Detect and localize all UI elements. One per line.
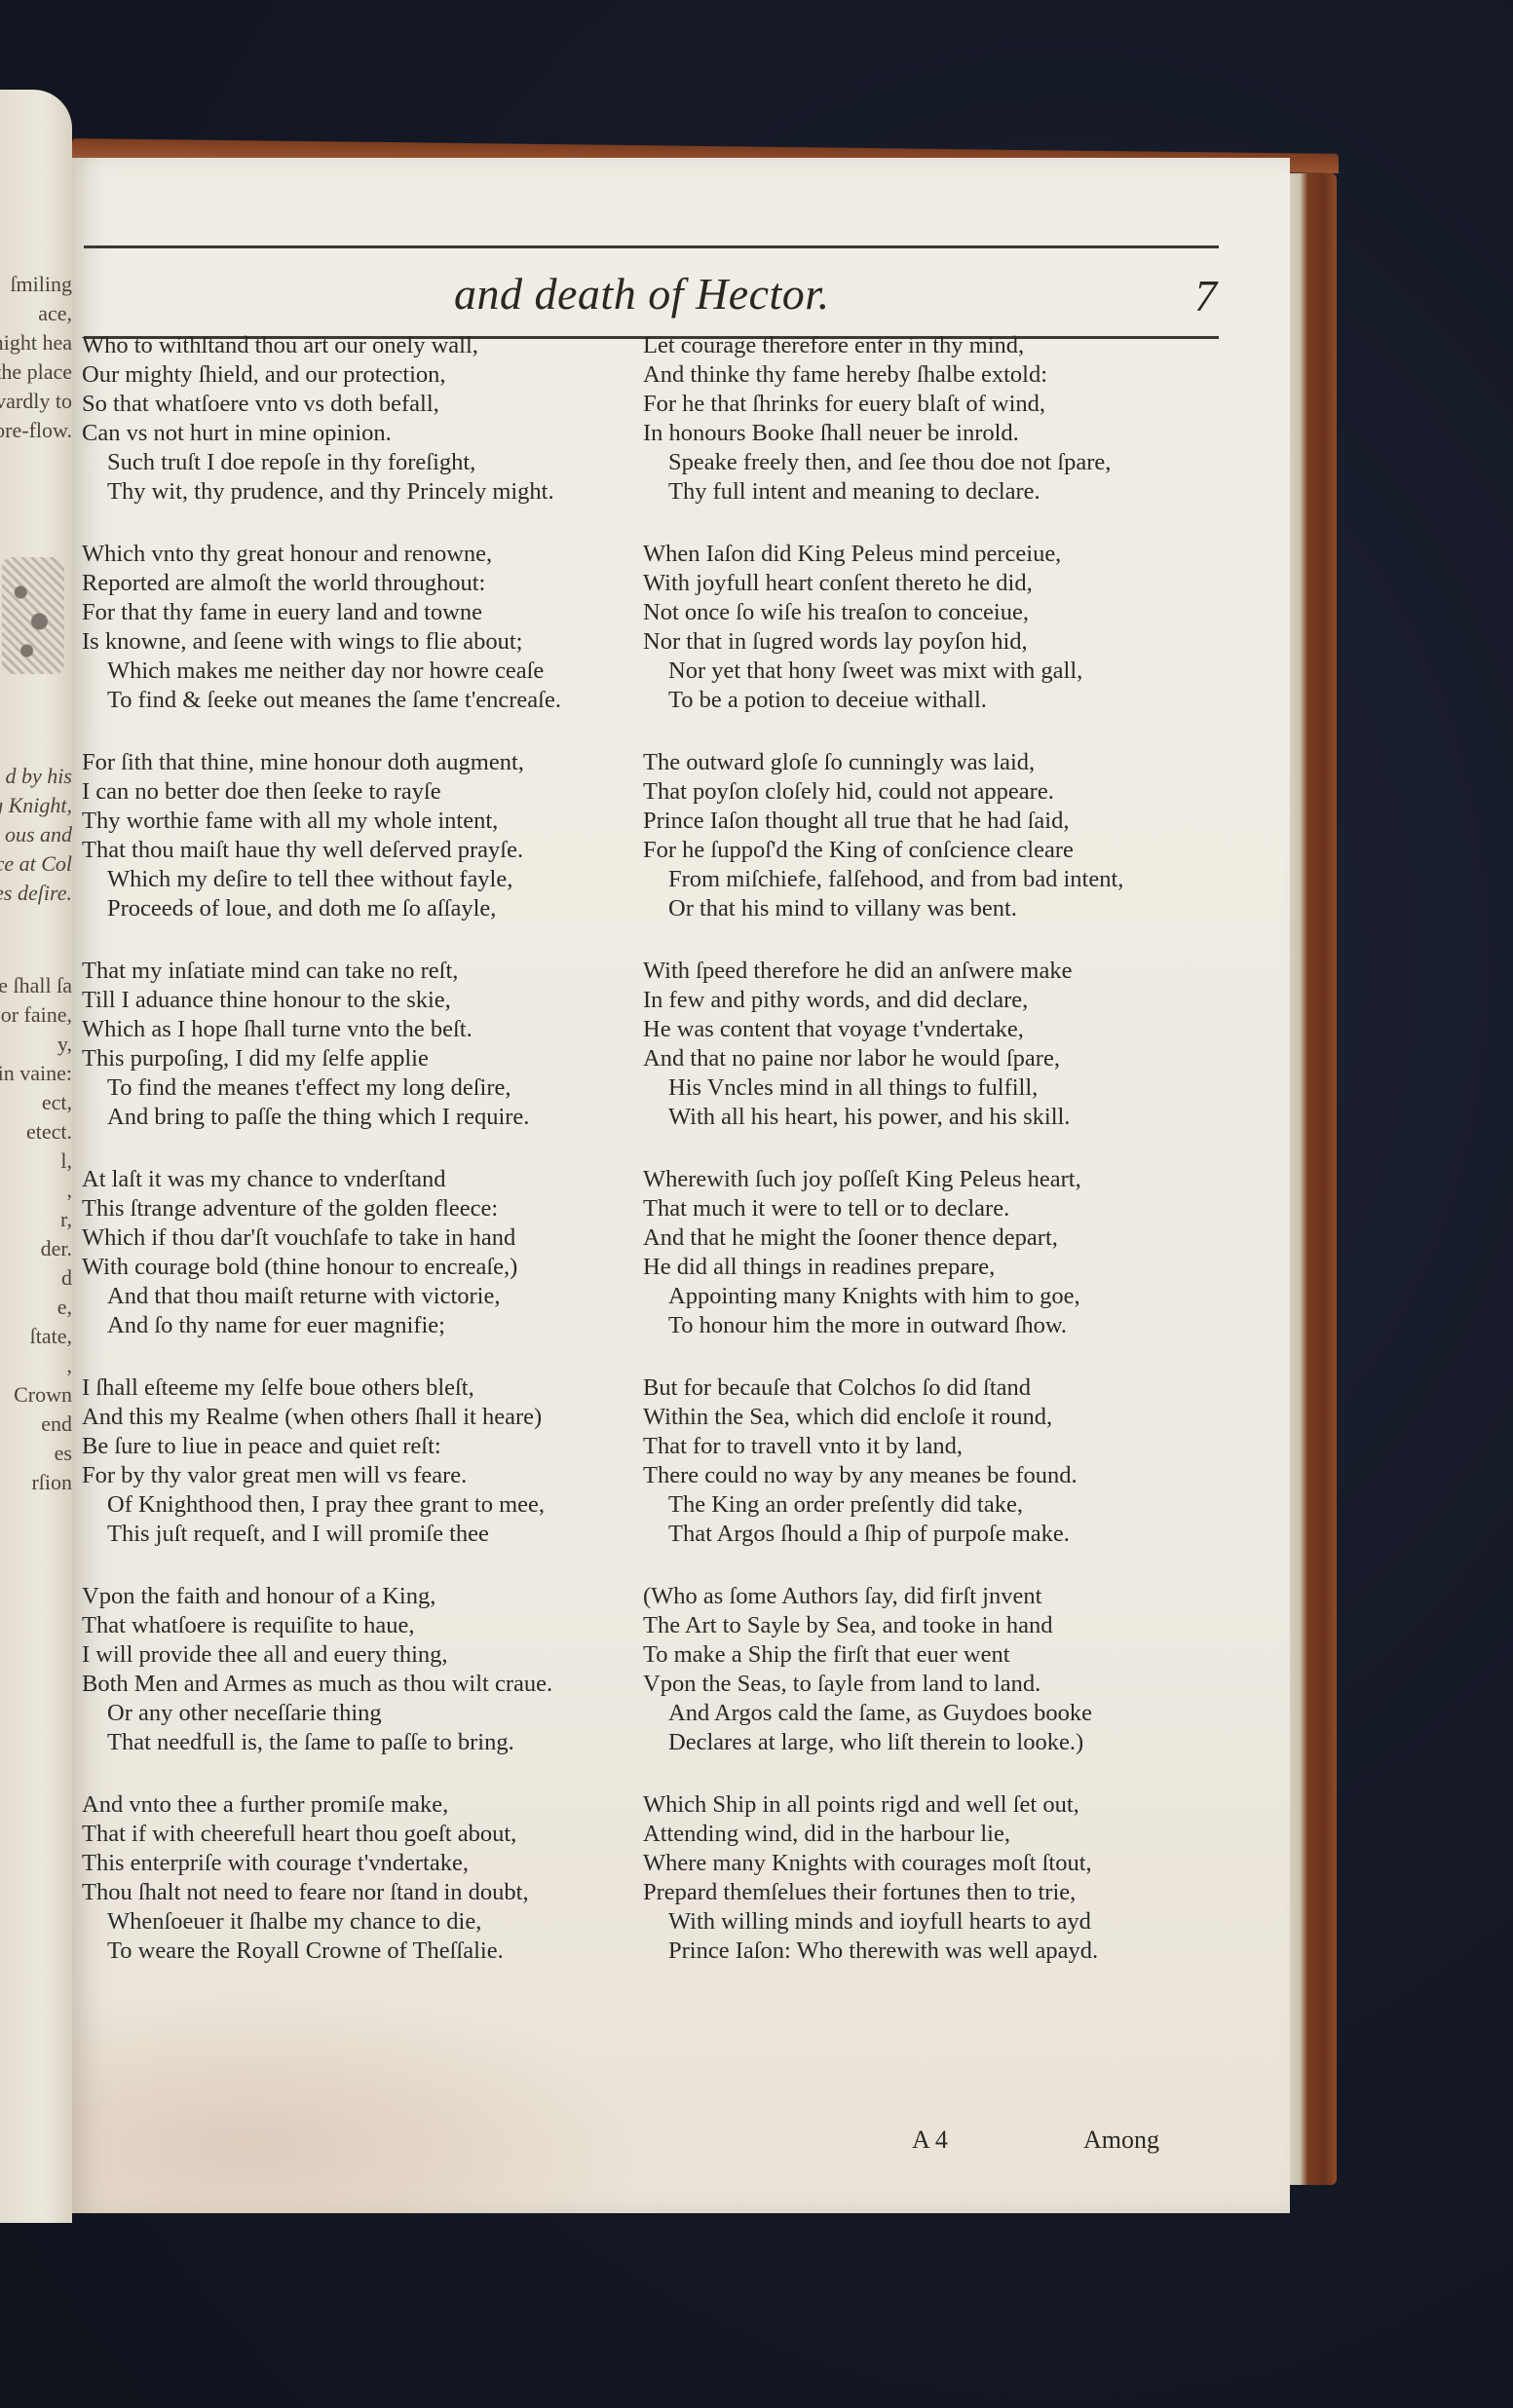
verse-line: Prince Iaſon: Who therewith was well apa…	[643, 1937, 1267, 1966]
verse-line: Who to withſtand thou art our onely wall…	[82, 331, 647, 360]
previous-page-fragment: ,	[0, 1176, 72, 1205]
book-page: and death of Hector. 7 Who to withſtand …	[72, 158, 1290, 2213]
previous-page-fragment: vardly to	[0, 387, 72, 416]
verse-line: At laſt it was my chance to vnderſtand	[82, 1165, 647, 1194]
stanza-gap	[82, 1340, 647, 1373]
verse-line: From miſchiefe, falſehood, and from bad …	[643, 865, 1267, 894]
verse-line: Which makes me neither day nor howre cea…	[82, 657, 647, 686]
previous-page-fragment: ace,	[0, 299, 72, 328]
previous-page-fragment: e ſhall ſa	[0, 971, 72, 1000]
stanza-gap	[82, 715, 647, 748]
verse-line: This ſtrange adventure of the golden fle…	[82, 1194, 647, 1223]
verse-line: I ſhall eſteeme my ſelfe boue others ble…	[82, 1373, 647, 1403]
verse-line: With joyfull heart conſent thereto he di…	[643, 569, 1267, 598]
verse-line: Which vnto thy great honour and renowne,	[82, 540, 647, 569]
stanza-gap	[82, 507, 647, 540]
verse-line: When Iaſon did King Peleus mind perceiue…	[643, 540, 1267, 569]
verse-line: Thy full intent and meaning to declare.	[643, 477, 1267, 507]
stanza: With ſpeed therefore he did an anſwere m…	[643, 957, 1267, 1132]
stanza: And vnto thee a further promiſe make,Tha…	[82, 1790, 647, 1966]
previous-page-fragment: rſion	[0, 1468, 72, 1497]
previous-page-fragment: etect.	[0, 1117, 72, 1147]
verse-line: Reported are almoſt the world throughout…	[82, 569, 647, 598]
previous-page-lower-fragments: e ſhall ſaor faine,y,in vaine:ect,etect.…	[0, 971, 72, 1497]
verse-line: I can no better doe then ſeeke to rayſe	[82, 777, 647, 807]
verse-line: I will provide thee all and euery thing,	[82, 1640, 647, 1670]
previous-page-edge: ſmilingace,might heathe placevardly toor…	[0, 90, 72, 2223]
verse-line: Can vs not hurt in mine opinion.	[82, 419, 647, 448]
verse-line: Nor yet that hony ſweet was mixt with ga…	[643, 657, 1267, 686]
previous-page-fragment: der.	[0, 1234, 72, 1263]
verse-line: For that thy fame in euery land and town…	[82, 598, 647, 627]
verse-line: With all his heart, his power, and his s…	[643, 1103, 1267, 1132]
previous-page-upper-fragments: ſmilingace,might heathe placevardly toor…	[0, 270, 72, 445]
verse-line: That my inſatiate mind can take no reſt,	[82, 957, 647, 986]
stanza: That my inſatiate mind can take no reſt,…	[82, 957, 647, 1132]
verse-line: With ſpeed therefore he did an anſwere m…	[643, 957, 1267, 986]
verse-line: The outward gloſe ſo cunningly was laid,	[643, 748, 1267, 777]
verse-line: Or any other neceſſarie thing	[82, 1699, 647, 1728]
verse-line: For he ſuppoſ'd the King of conſcience c…	[643, 836, 1267, 865]
stanza-gap	[643, 507, 1267, 540]
previous-page-fragment: ſmiling	[0, 270, 72, 299]
verse-line: And vnto thee a further promiſe make,	[82, 1790, 647, 1820]
verse-line: The King an order preſently did take,	[643, 1490, 1267, 1520]
previous-page-middle-fragments: d by hisg Knight,ous andce at Coles deſi…	[0, 762, 72, 908]
verse-line: To be a potion to deceiue withall.	[643, 686, 1267, 715]
stanza: Let courage therefore enter in thy mind,…	[643, 331, 1267, 507]
previous-page-fragment: ,	[0, 1351, 72, 1380]
verse-line: Vpon the faith and honour of a King,	[82, 1582, 647, 1611]
catchword: Among	[1083, 2126, 1159, 2155]
verse-line: In honours Booke ſhall neuer be inrold.	[643, 419, 1267, 448]
previous-page-fragment: end	[0, 1410, 72, 1439]
previous-page-fragment: ous and	[0, 820, 72, 849]
signature-mark: A 4	[912, 2126, 948, 2155]
stanza: At laſt it was my chance to vnderſtandTh…	[82, 1165, 647, 1340]
verse-line: Within the Sea, which did encloſe it rou…	[643, 1403, 1267, 1432]
verse-line: With willing minds and ioyfull hearts to…	[643, 1907, 1267, 1937]
verse-line: Which my deſire to tell thee without fay…	[82, 865, 647, 894]
previous-page-fragment: es	[0, 1439, 72, 1468]
verse-line: Appointing many Knights with him to goe,	[643, 1282, 1267, 1311]
stanza-gap	[643, 1549, 1267, 1582]
right-column: Let courage therefore enter in thy mind,…	[643, 331, 1267, 1966]
previous-page-fragment: es deſire.	[0, 879, 72, 908]
stanza-gap	[82, 1549, 647, 1582]
page-number: 7	[1194, 270, 1217, 321]
verse-line: He did all things in readines prepare,	[643, 1253, 1267, 1282]
verse-line: Is knowne, and ſeene with wings to flie …	[82, 627, 647, 657]
verse-line: That needfull is, the ſame to paſſe to b…	[82, 1728, 647, 1757]
previous-page-fragment: or faine,	[0, 1000, 72, 1030]
verse-line: And this my Realme (when others ſhall it…	[82, 1403, 647, 1432]
verse-line: In few and pithy words, and did declare,	[643, 986, 1267, 1015]
verse-line: That whatſoere is requiſite to haue,	[82, 1611, 647, 1640]
stanza: Which Ship in all points rigd and well ſ…	[643, 1790, 1267, 1966]
foxing-stain	[72, 1989, 657, 2213]
verse-line: Vpon the Seas, to ſayle from land to lan…	[643, 1670, 1267, 1699]
previous-page-fragment: ce at Col	[0, 849, 72, 879]
verse-line: That for to travell vnto it by land,	[643, 1432, 1267, 1461]
verse-line: And bring to paſſe the thing which I req…	[82, 1103, 647, 1132]
verse-line: Which Ship in all points rigd and well ſ…	[643, 1790, 1267, 1820]
stanza: But for becauſe that Colchos ſo did ſtan…	[643, 1373, 1267, 1549]
verse-line: For he that ſhrinks for euery blaſt of w…	[643, 390, 1267, 419]
verse-line: Which if thou dar'ſt vouchſafe to take i…	[82, 1223, 647, 1253]
stanza-gap	[82, 1757, 647, 1790]
running-head-title: and death of Hector.	[454, 268, 830, 320]
stanza: I ſhall eſteeme my ſelfe boue others ble…	[82, 1373, 647, 1549]
verse-line: There could no way by any meanes be foun…	[643, 1461, 1267, 1490]
verse-line: (Who as ſome Authors ſay, did firſt jnve…	[643, 1582, 1267, 1611]
verse-line: With courage bold (thine honour to encre…	[82, 1253, 647, 1282]
verse-line: Our mighty ſhield, and our protection,	[82, 360, 647, 390]
stanza-gap	[643, 1132, 1267, 1165]
verse-line: Thy worthie fame with all my whole inten…	[82, 807, 647, 836]
stanza-gap	[643, 715, 1267, 748]
verse-line: That much it were to tell or to declare.	[643, 1194, 1267, 1223]
previous-page-fragment: l,	[0, 1147, 72, 1176]
previous-page-fragment: ect,	[0, 1088, 72, 1117]
printers-ornament-icon	[2, 557, 64, 674]
verse-line: And thinke thy fame hereby ſhalbe extold…	[643, 360, 1267, 390]
verse-line: And Argos cald the ſame, as Guydoes book…	[643, 1699, 1267, 1728]
stanza-gap	[643, 923, 1267, 957]
stanza: (Who as ſome Authors ſay, did firſt jnve…	[643, 1582, 1267, 1757]
stanza-gap	[643, 1340, 1267, 1373]
verse-line: Or that his mind to villany was bent.	[643, 894, 1267, 923]
verse-line: To honour him the more in outward ſhow.	[643, 1311, 1267, 1340]
verse-line: For by thy valor great men will vs feare…	[82, 1461, 647, 1490]
verse-line: To make a Ship the firſt that euer went	[643, 1640, 1267, 1670]
verse-line: Be ſure to liue in peace and quiet reſt:	[82, 1432, 647, 1461]
verse-line: Where many Knights with courages moſt ſt…	[643, 1849, 1267, 1878]
verse-line: But for becauſe that Colchos ſo did ſtan…	[643, 1373, 1267, 1403]
verse-line: To find & ſeeke out meanes the ſame t'en…	[82, 686, 647, 715]
previous-page-fragment: Crown	[0, 1380, 72, 1410]
verse-line: To weare the Royall Crowne of Theſſalie.	[82, 1937, 647, 1966]
verse-line: Such truſt I doe repoſe in thy foreſight…	[82, 448, 647, 477]
verse-line: That poyſon cloſely hid, could not appea…	[643, 777, 1267, 807]
previous-page-fragment: d by his	[0, 762, 72, 791]
verse-line: Speake freely then, and ſee thou doe not…	[643, 448, 1267, 477]
previous-page-fragment: ore-flow.	[0, 416, 72, 445]
stanza: When Iaſon did King Peleus mind perceiue…	[643, 540, 1267, 715]
verse-line: And ſo thy name for euer magnifie;	[82, 1311, 647, 1340]
verse-line: His Vncles mind in all things to fulfill…	[643, 1073, 1267, 1103]
verse-line: Wherewith ſuch joy poſſeſt King Peleus h…	[643, 1165, 1267, 1194]
verse-line: Let courage therefore enter in thy mind,	[643, 331, 1267, 360]
verse-line: Prepard themſelues their fortunes then t…	[643, 1878, 1267, 1907]
verse-line: This juſt requeſt, and I will promiſe th…	[82, 1520, 647, 1549]
verse-line: That Argos ſhould a ſhip of purpoſe make…	[643, 1520, 1267, 1549]
verse-line: Proceeds of loue, and doth me ſo aſſayle…	[82, 894, 647, 923]
verse-line: Not once ſo wiſe his treaſon to conceiue…	[643, 598, 1267, 627]
verse-line: Whenſoeuer it ſhalbe my chance to die,	[82, 1907, 647, 1937]
stanza: The outward gloſe ſo cunningly was laid,…	[643, 748, 1267, 923]
stanza: For ſith that thine, mine honour doth au…	[82, 748, 647, 923]
previous-page-fragment: might hea	[0, 328, 72, 357]
verse-line: Thy wit, thy prudence, and thy Princely …	[82, 477, 647, 507]
verse-line: And that no paine nor labor he would ſpa…	[643, 1044, 1267, 1073]
stanza-gap	[82, 923, 647, 957]
verse-line: And that thou maiſt returne with victori…	[82, 1282, 647, 1311]
previous-page-fragment: in vaine:	[0, 1059, 72, 1088]
leather-binding-edge	[1284, 173, 1337, 2185]
verse-line: Which as I hope ſhall turne vnto the beſ…	[82, 1015, 647, 1044]
verse-line: For ſith that thine, mine honour doth au…	[82, 748, 647, 777]
verse-line: This purpoſing, I did my ſelfe applie	[82, 1044, 647, 1073]
verse-line: And that he might the ſooner thence depa…	[643, 1223, 1267, 1253]
previous-page-fragment: d	[0, 1263, 72, 1293]
verse-line: The Art to Sayle by Sea, and tooke in ha…	[643, 1611, 1267, 1640]
verse-line: That if with cheerefull heart thou goeſt…	[82, 1820, 647, 1849]
previous-page-fragment: e,	[0, 1293, 72, 1322]
stanza: Wherewith ſuch joy poſſeſt King Peleus h…	[643, 1165, 1267, 1340]
verse-line: This enterpriſe with courage t'vndertake…	[82, 1849, 647, 1878]
verse-line: Attending wind, did in the harbour lie,	[643, 1820, 1267, 1849]
verse-line: Till I aduance thine honour to the skie,	[82, 986, 647, 1015]
verse-line: Both Men and Armes as much as thou wilt …	[82, 1670, 647, 1699]
verse-line: Thou ſhalt not need to feare nor ſtand i…	[82, 1878, 647, 1907]
previous-page-fragment: y,	[0, 1030, 72, 1059]
verse-line: To find the meanes t'effect my long deſi…	[82, 1073, 647, 1103]
stanza-gap	[643, 1757, 1267, 1790]
stanza: Who to withſtand thou art our onely wall…	[82, 331, 647, 507]
previous-page-fragment: g Knight,	[0, 791, 72, 820]
running-head: and death of Hector. 7	[84, 245, 1219, 339]
verse-line: So that whatſoere vnto vs doth befall,	[82, 390, 647, 419]
verse-line: That thou maiſt haue thy well deſerved p…	[82, 836, 647, 865]
previous-page-fragment: r,	[0, 1205, 72, 1234]
left-column: Who to withſtand thou art our onely wall…	[82, 331, 647, 1966]
verse-line: Nor that in ſugred words lay poyſon hid,	[643, 627, 1267, 657]
verse-line: Declares at large, who liſt therein to l…	[643, 1728, 1267, 1757]
previous-page-fragment: ſtate,	[0, 1322, 72, 1351]
verse-line: He was content that voyage t'vndertake,	[643, 1015, 1267, 1044]
verse-line: Prince Iaſon thought all true that he ha…	[643, 807, 1267, 836]
verse-line: Of Knighthood then, I pray thee grant to…	[82, 1490, 647, 1520]
stanza: Which vnto thy great honour and renowne,…	[82, 540, 647, 715]
stanza-gap	[82, 1132, 647, 1165]
previous-page-fragment: the place	[0, 357, 72, 387]
stanza: Vpon the faith and honour of a King,That…	[82, 1582, 647, 1757]
